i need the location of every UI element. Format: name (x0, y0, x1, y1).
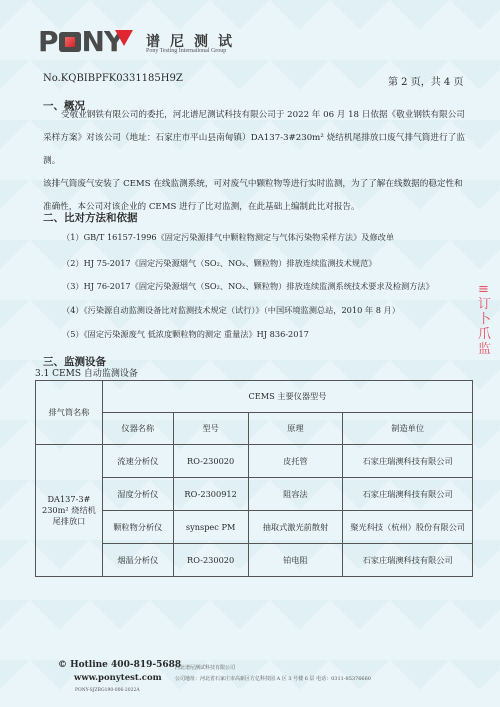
logo-o-mark (59, 32, 81, 52)
instrument-model: RO-2300912 (173, 478, 248, 511)
reference-item: （2）HJ 75-2017《固定污染源烟气（SO₂、NOₓ、颗粒物）排放连续监测… (62, 258, 376, 269)
instrument-maker: 石家庄瑞澳科技有限公司 (343, 544, 473, 577)
footer-form-code: PONY-SJZBG190-006-2022A (75, 688, 140, 693)
instrument-maker: 石家庄瑞澳科技有限公司 (343, 478, 473, 511)
instrument-model: RO-230020 (173, 445, 248, 478)
column-header: 原理 (248, 413, 343, 445)
stack-name-line: 尾排放口 (36, 516, 102, 527)
column-header: 仪器名称 (102, 413, 173, 445)
report-number: No.KQBIBPFK0331185H9Z (43, 73, 183, 84)
overview-paragraph: 受敬业钢铁有限公司的委托，河北谱尼测试科技有限公司于 2022 年 06 月 1… (43, 104, 465, 219)
reference-item: （3）HJ 76-2017《固定污染源烟气（SO₂、NOₓ、颗粒物）排放连续监测… (62, 281, 434, 292)
instrument-principle: 抽取式激光前散射 (248, 511, 343, 544)
instrument-model: synspec PM (173, 511, 248, 544)
overview-line: 受敬业钢铁有限公司的委托，河北谱尼测试科技有限公司于 2022 年 06 月 1… (43, 104, 465, 127)
overview-line: 采样方案》对该公司（地址：石家庄市平山县南甸镇）DA137-3#230m² 烧结… (43, 127, 465, 173)
page-indicator: 第 2 页，共 4 页 (388, 73, 463, 88)
stack-name-line: 230m² 烧结机 (36, 505, 102, 516)
header-stack-name: 排气筒名称 (36, 381, 103, 445)
subsection-title: 3.1 CEMS 自动监测设备 (35, 366, 138, 379)
reference-item: （5）《固定污染源废气 低浓度颗粒物的测定 重量法》HJ 836-2017 (62, 329, 309, 340)
footer-address: 公司地址：河北省石家庄市高新区方亿科技园 A 区 3 号楼 6 层 电话：031… (175, 675, 371, 682)
cems-equipment-table: 排气筒名称 CEMS 主要仪器型号 仪器名称 型号 原理 制造单位 DA137-… (35, 380, 473, 577)
instrument-name: 湿度分析仪 (102, 478, 173, 511)
logo-triangle-icon (115, 30, 133, 46)
instrument-principle: 阻容法 (248, 478, 343, 511)
phone-icon: © (58, 660, 67, 670)
column-header: 型号 (173, 413, 248, 445)
footer-hotline: © Hotline 400-819-5688 (58, 660, 181, 670)
footer-company-name: 河北谱尼测试科技有限公司 (175, 664, 235, 671)
instrument-name: 颗粒物分析仪 (102, 511, 173, 544)
company-logo: PNY (38, 29, 133, 55)
instrument-name: 流速分析仪 (102, 445, 173, 478)
instrument-principle: 铂电阻 (248, 544, 343, 577)
column-header: 制造单位 (343, 413, 473, 445)
seal-stamp-fragment: ≡ 订 卜 爪 监 (478, 282, 492, 357)
instrument-maker: 聚光科技（杭州）股份有限公司 (343, 511, 473, 544)
reference-item: （1）GB/T 16157-1996《固定污染源排气中颗粒物测定与气体污染物采样… (62, 232, 394, 243)
logo-wordmark: PNY (38, 29, 133, 55)
instrument-principle: 皮托管 (248, 445, 343, 478)
overview-line: 该排气筒废气安装了 CEMS 在线监测系统，可对废气中颗粒物等进行实时监测，为了… (43, 173, 465, 196)
header-cems-group: CEMS 主要仪器型号 (102, 381, 472, 413)
section-title-methods: 二、比对方法和依据 (43, 210, 138, 225)
table-header-row: 排气筒名称 CEMS 主要仪器型号 (36, 381, 473, 413)
reference-item: （4）《污染源自动监测设备比对监测技术规定（试行）》（中国环境监测总站，2010… (62, 305, 400, 316)
stack-name-line: DA137-3# (36, 494, 102, 505)
logo-english-name: Pony Testing International Group (146, 48, 226, 54)
instrument-name: 烟温分析仪 (102, 544, 173, 577)
instrument-model: RO-230020 (173, 544, 248, 577)
stack-name-cell: DA137-3# 230m² 烧结机 尾排放口 (36, 445, 103, 577)
table-row: DA137-3# 230m² 烧结机 尾排放口 流速分析仪 RO-230020 … (36, 445, 473, 478)
footer-website-link[interactable]: www.ponytest.com (74, 673, 162, 683)
instrument-maker: 石家庄瑞澳科技有限公司 (343, 445, 473, 478)
